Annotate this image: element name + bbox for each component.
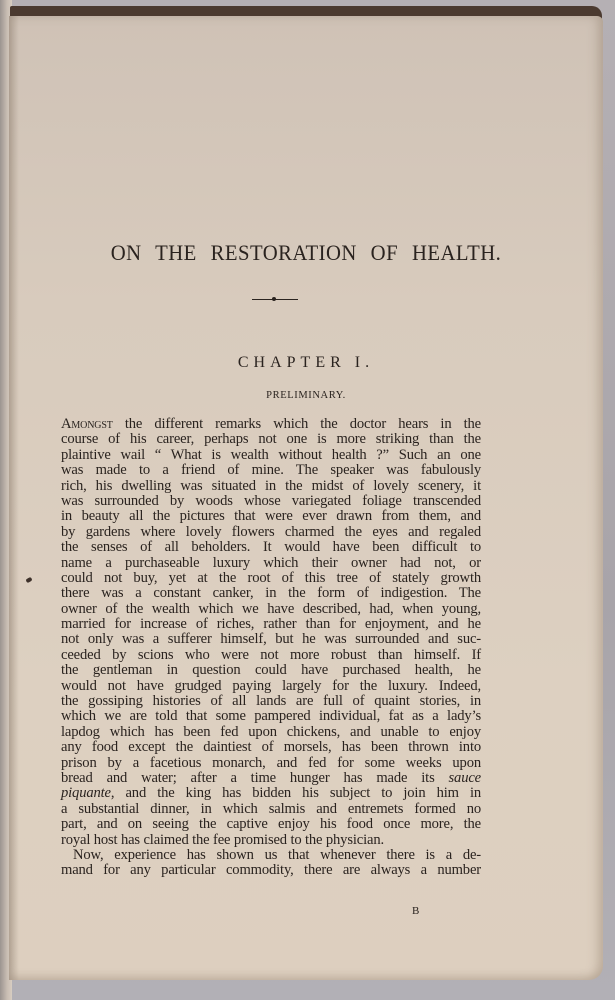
text-line: course of his career, perhaps not one is… <box>61 432 481 447</box>
text-line: mand for any particular commodity, there… <box>61 863 481 878</box>
text-line: would not have grudged paying largely fo… <box>61 679 481 694</box>
text-line: name a purchaseable luxury which their o… <box>61 556 481 571</box>
italic-word: piquante <box>61 785 111 801</box>
signature-mark: B <box>412 905 419 917</box>
text-line: was made to a friend of mine. The speake… <box>61 463 481 478</box>
ornament-divider-icon <box>252 297 298 301</box>
page-title: ON THE RESTORATION OF HEALTH. <box>33 240 579 266</box>
text-line: Amongst the different remarks which the … <box>61 417 481 432</box>
text-line: which we are told that some pampered ind… <box>61 709 481 724</box>
text-line: by gardens where lovely flowers charmed … <box>61 525 481 540</box>
text-line: not only was a sufferer himself, but he … <box>61 632 481 647</box>
text-line: owner of the wealth which we have descri… <box>61 602 481 617</box>
text-line: lapdog which has been fed upon chickens,… <box>61 725 481 740</box>
text-line: bread and water; after a time hunger has… <box>61 771 481 786</box>
text-line: a substantial dinner, in which salmis an… <box>61 802 481 817</box>
text-line: ceeded by scions who were not more robus… <box>61 648 481 663</box>
text-line: royal host has claimed the fee promised … <box>61 833 481 848</box>
text-line: the gossiping histories of all lands are… <box>61 694 481 709</box>
text-line: plaintive wail “ What is wealth without … <box>61 448 481 463</box>
chapter-heading: CHAPTER I. <box>9 354 603 372</box>
chapter-subtitle: PRELIMINARY. <box>9 390 603 401</box>
body-text: Amongst the different remarks which the … <box>61 417 481 879</box>
drop-word: Amongst <box>61 416 113 432</box>
text-line: could not buy, yet at the root of this t… <box>61 571 481 586</box>
italic-word: sauce <box>449 770 481 786</box>
text-line: Now, experience has shown us that whenev… <box>61 848 481 863</box>
book-page: ON THE RESTORATION OF HEALTH. CHAPTER I.… <box>9 16 603 980</box>
text-line: any food except the daintiest of morsels… <box>61 740 481 755</box>
text-line: there was a constant canker, in the form… <box>61 586 481 601</box>
text-line: part, and on seeing the captive enjoy hi… <box>61 817 481 832</box>
text-line: in beauty all the pictures that were eve… <box>61 509 481 524</box>
ink-speck <box>25 577 32 583</box>
text-line: the gentleman in question could have pur… <box>61 663 481 678</box>
text-line: prison by a facetious monarch, and fed f… <box>61 756 481 771</box>
text-line: the senses of all beholders. It would ha… <box>61 540 481 555</box>
text-line: was surrounded by woods whose variegated… <box>61 494 481 509</box>
text-line: rich, his dwelling was situated in the m… <box>61 479 481 494</box>
text-line: married for increase of riches, rather t… <box>61 617 481 632</box>
text-line: piquante, and the king has bidden his su… <box>61 786 481 801</box>
